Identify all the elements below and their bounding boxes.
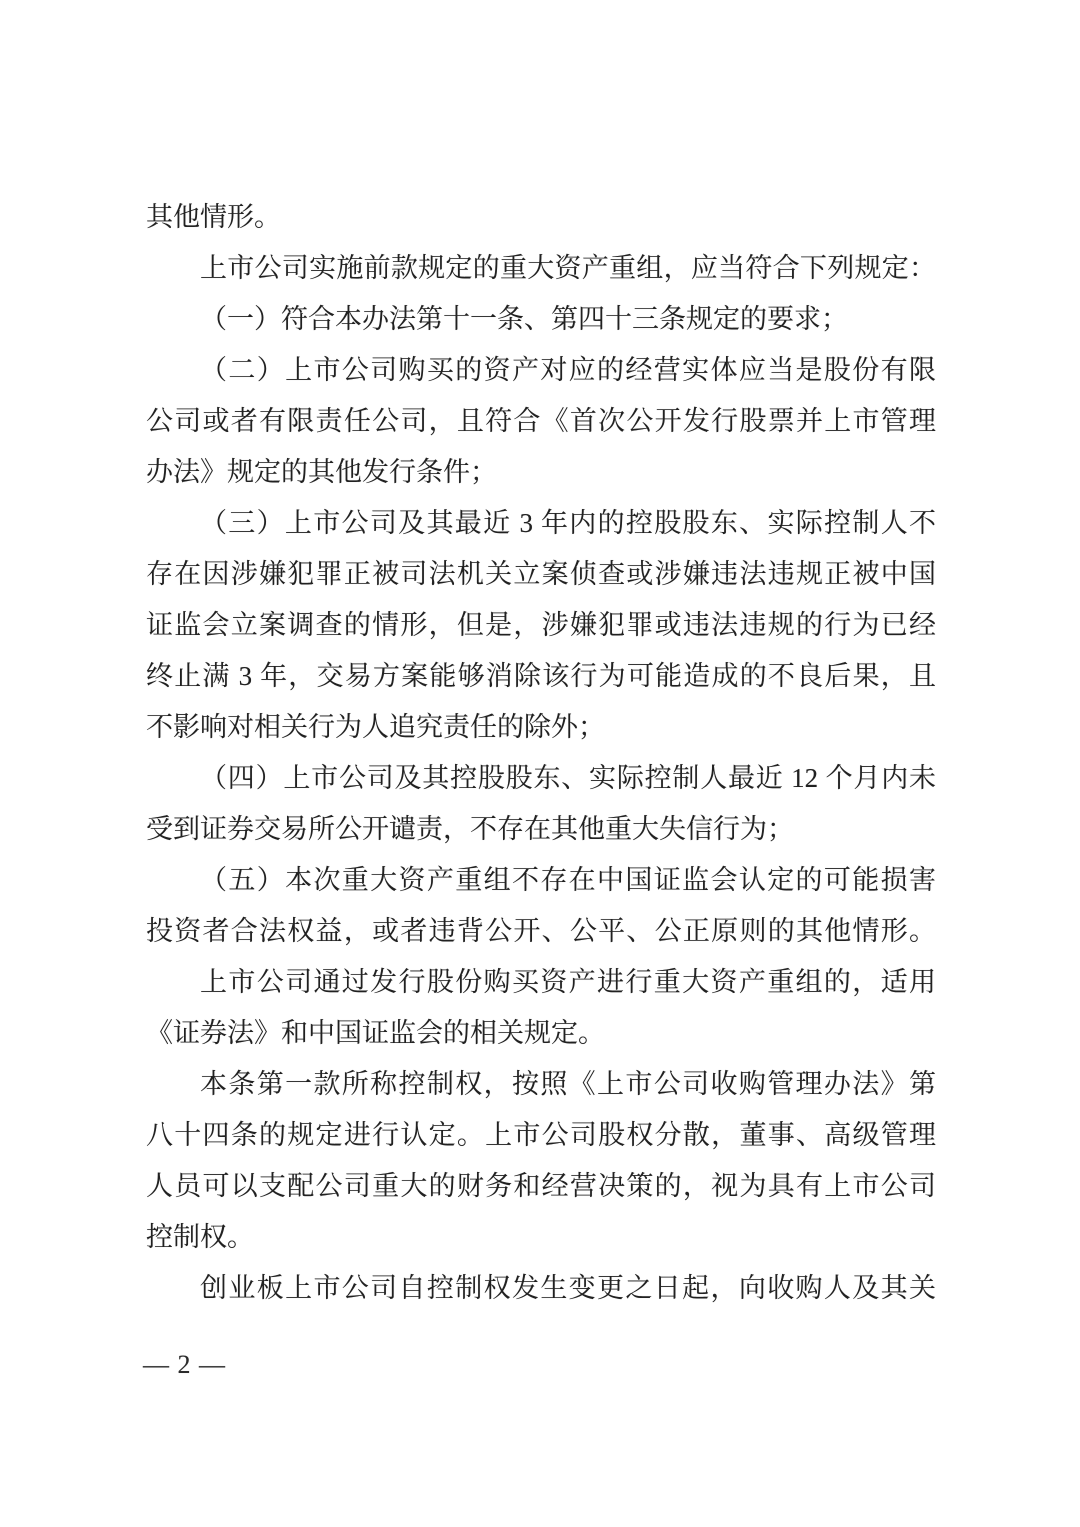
text-line: 办法》规定的其他发行条件； xyxy=(146,447,936,498)
text-line: 公司或者有限责任公司，且符合《首次公开发行股票并上市管理 xyxy=(146,396,936,447)
text-line: （五）本次重大资产重组不存在中国证监会认定的可能损害 xyxy=(146,855,936,906)
text-line: 控制权。 xyxy=(146,1212,936,1263)
text-line: （一）符合本办法第十一条、第四十三条规定的要求； xyxy=(146,294,936,345)
text-line: 终止满 3 年，交易方案能够消除该行为可能造成的不良后果，且 xyxy=(146,651,936,702)
text-line: 本条第一款所称控制权，按照《上市公司收购管理办法》第 xyxy=(146,1059,936,1110)
text-line: 不影响对相关行为人追究责任的除外； xyxy=(146,702,936,753)
text-line: 存在因涉嫌犯罪正被司法机关立案侦查或涉嫌违法违规正被中国 xyxy=(146,549,936,600)
text-line: 《证券法》和中国证监会的相关规定。 xyxy=(146,1008,936,1059)
document-page: 其他情形。 上市公司实施前款规定的重大资产重组，应当符合下列规定： （一）符合本… xyxy=(0,0,1080,1527)
text-line: 受到证券交易所公开谴责，不存在其他重大失信行为； xyxy=(146,804,936,855)
text-line: 八十四条的规定进行认定。上市公司股权分散，董事、高级管理 xyxy=(146,1110,936,1161)
page-number: — 2 — xyxy=(143,1346,226,1384)
text-line: （二）上市公司购买的资产对应的经营实体应当是股份有限 xyxy=(146,345,936,396)
text-line: 投资者合法权益，或者违背公开、公平、公正原则的其他情形。 xyxy=(146,906,936,957)
text-line: 上市公司通过发行股份购买资产进行重大资产重组的，适用 xyxy=(146,957,936,1008)
text-line: 其他情形。 xyxy=(146,192,936,243)
text-line: 创业板上市公司自控制权发生变更之日起，向收购人及其关 xyxy=(146,1263,936,1314)
text-line: （三）上市公司及其最近 3 年内的控股股东、实际控制人不 xyxy=(146,498,936,549)
document-body: 其他情形。 上市公司实施前款规定的重大资产重组，应当符合下列规定： （一）符合本… xyxy=(146,192,936,1314)
text-line: 人员可以支配公司重大的财务和经营决策的，视为具有上市公司 xyxy=(146,1161,936,1212)
text-line: 证监会立案调查的情形，但是，涉嫌犯罪或违法违规的行为已经 xyxy=(146,600,936,651)
text-line: 上市公司实施前款规定的重大资产重组，应当符合下列规定： xyxy=(146,243,936,294)
text-line: （四）上市公司及其控股股东、实际控制人最近 12 个月内未 xyxy=(146,753,936,804)
